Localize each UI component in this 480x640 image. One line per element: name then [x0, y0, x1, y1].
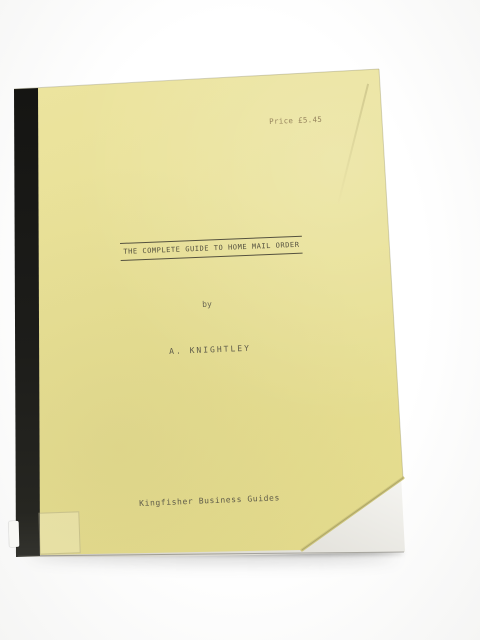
spine-sticker	[9, 521, 20, 547]
photo-background: Price £5.45 THE COMPLETE GUIDE TO HOME M…	[0, 0, 480, 640]
removed-sticker-mark	[38, 511, 80, 554]
byline-text: by	[202, 300, 212, 309]
title-text: THE COMPLETE GUIDE TO HOME MAIL ORDER	[123, 241, 299, 256]
